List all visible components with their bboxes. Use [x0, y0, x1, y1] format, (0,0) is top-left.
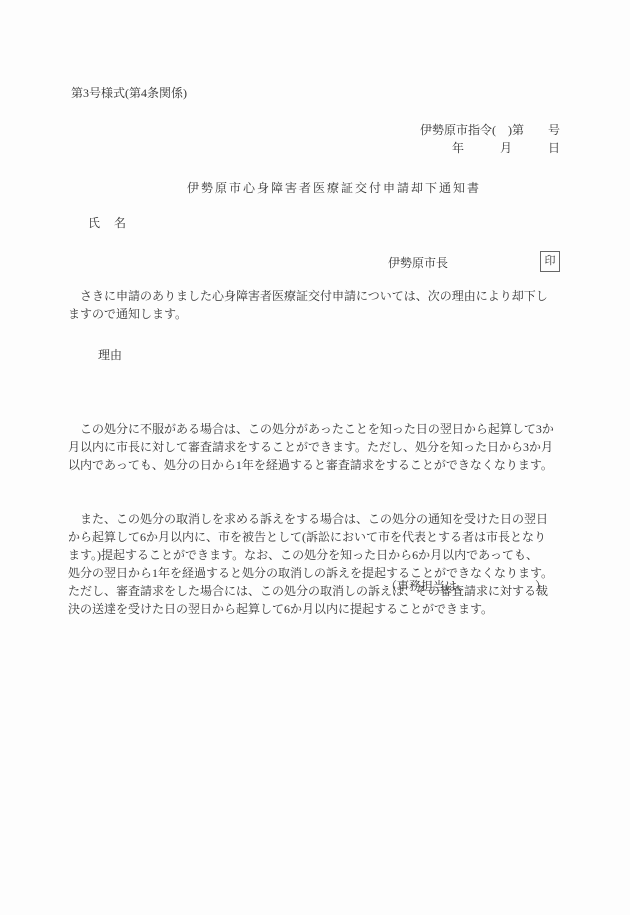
appeal-paragraph-1: この処分に不服がある場合は、この処分があったことを知った日の翌日から起算して3か…	[68, 420, 554, 474]
date-line: 年 月 日	[452, 139, 560, 157]
recipient-name-label: 氏 名	[88, 214, 127, 232]
seal-stamp: 印	[540, 251, 560, 272]
intro-paragraph: さきに申請のありました心身障害者医療証交付申請については、次の理由により却下し …	[68, 287, 548, 323]
document-title: 伊勢原市心身障害者医療証交付申請却下通知書	[187, 179, 481, 197]
appeal-paragraph-2: また、この処分の取消しを求める訴えをする場合は、この処分の通知を受けた日の翌日 …	[68, 510, 554, 618]
form-number: 第3号様式(第4条関係)	[71, 84, 187, 102]
directive-number-line: 伊勢原市指令( )第 号	[420, 121, 560, 139]
document-page: 第3号様式(第4条関係) 伊勢原市指令( )第 号 年 月 日 伊勢原市心身障害…	[0, 0, 630, 915]
appeal-instructions: この処分に不服がある場合は、この処分があったことを知った日の翌日から起算して3か…	[68, 384, 554, 654]
reason-label: 理由	[98, 346, 122, 364]
clerk-note: （事務担当は、 ）	[385, 577, 547, 595]
mayor-label: 伊勢原市長	[388, 254, 448, 272]
